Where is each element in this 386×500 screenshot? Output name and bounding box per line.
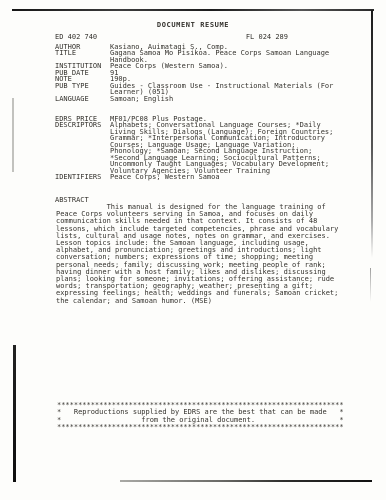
field-value: Guides - Classroom Use - Instructional M… (110, 83, 333, 96)
field-row-descriptors: DESCRIPTORS Alphabets; Conversational La… (55, 122, 333, 174)
ed-number: ED 402 740 (55, 33, 97, 41)
notice-border-bottom: ****************************************… (57, 424, 344, 431)
scan-border-left-dark (13, 345, 16, 482)
field-value: Peace Corps; Western Samoa (110, 174, 220, 180)
edrs-reproduction-notice: ****************************************… (57, 402, 344, 432)
abstract-text: This manual is designed for the language… (56, 204, 356, 305)
field-label: PUB TYPE (55, 83, 110, 89)
field-value: Alphabets; Conversational Language Cours… (110, 122, 333, 174)
document-resume-page: DOCUMENT RESUME ED 402 740 FL 024 289 AU… (0, 0, 386, 500)
field-value: Samoan; English (110, 96, 173, 102)
field-row-pub-type: PUB TYPE Guides - Classroom Use - Instru… (55, 83, 333, 96)
field-row-identifiers: IDENTIFIERS Peace Corps; Western Samoa (55, 174, 333, 180)
scan-border-top (12, 9, 374, 11)
accession-number-row: ED 402 740 FL 024 289 (55, 33, 288, 41)
field-row-language: LANGUAGE Samoan; English (55, 96, 333, 102)
bibliographic-fields: AUTHOR Kasiano, Auimatagi S., Comp. TITL… (55, 44, 333, 102)
field-value: Peace Corps (Western Samoa). (110, 63, 228, 69)
indexing-fields: EDRS PRICE MF01/PC08 Plus Postage. DESCR… (55, 116, 333, 181)
field-label: TITLE (55, 50, 110, 56)
field-label: DESCRIPTORS (55, 122, 110, 128)
clearinghouse-number: FL 024 289 (246, 33, 288, 41)
scan-border-bottom (120, 480, 372, 482)
field-label: LANGUAGE (55, 96, 110, 102)
page-title: DOCUMENT RESUME (0, 21, 386, 29)
scan-border-right-faint (370, 268, 371, 302)
field-label: IDENTIFIERS (55, 174, 110, 180)
scan-border-right (371, 10, 373, 258)
scan-border-left-faint (12, 98, 14, 172)
